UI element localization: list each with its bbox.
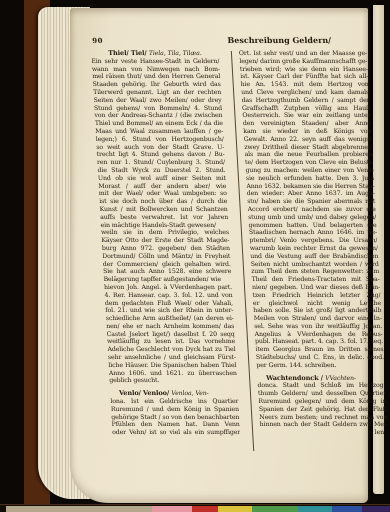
text-line: Graffschafft Zutphen völlig ans Hauß <box>242 105 370 113</box>
text-line: ist. Käyser Carl der Fünffte hat sich al… <box>240 73 368 81</box>
text-line: mit der Wael/ oder Waal umbgeben: so <box>99 190 227 198</box>
text-line: sehr ansehnliche / und gleichsam Fürst- <box>108 354 236 362</box>
text-line: Ruremund / und dem König in Spanien <box>111 406 239 414</box>
entry-heading-wachtendonck-fraktur: Wachtendonck / <box>266 375 323 382</box>
catchword: len. <box>260 429 388 437</box>
text-line: hie An. 1543. mit dem Hertzog von Gülich <box>241 81 369 89</box>
text-line: Seiten der Waal/ zwo Meilen/ oder drey <box>93 97 221 105</box>
venlo-paragraph-start: lona. Ist ein Geldrische ins QuartierRur… <box>110 398 240 437</box>
text-line: als man die neue Feurballen probieren wo… <box>244 151 372 159</box>
text-line: Angelius à VVerdenhagen de Rebus- <box>254 331 382 339</box>
text-line: weitläuffig zu lesen ist. Das vornehme <box>107 338 235 346</box>
text-line: und die Vestung auff der Brabändischen <box>250 253 378 261</box>
text-line: weiln sie in dem Privilegio, welches <box>101 229 229 237</box>
running-header: Beschreibung Geldern/ <box>216 35 343 45</box>
wachtendonck-paragraph: donca. Stadt und Schloß im Hertzog-thumb… <box>257 382 388 429</box>
text-line: trecht ligt 4. Stund gehens davon / Bu- <box>96 151 224 159</box>
text-line: sto/ haben sie die Spanier abermals mit <box>247 198 375 206</box>
text-line: Thiel und Bommel/ an einem Eck / da die <box>95 120 223 128</box>
text-line: stung umb und umb/ und dabey gelegen/ ei… <box>248 214 376 222</box>
page-number: 90 <box>92 36 103 45</box>
text-line: lona. Ist ein Geldrische ins Quartier <box>110 398 238 406</box>
entry-heading-thiel: Thiel/ Tiel/ Tiela, Tila, Tilæa. <box>91 50 219 58</box>
text-line: sie neulich erfunden hatte. Den 3. Juni <box>246 175 374 183</box>
text-line: Dortmund/ Cölln und Mäntz/ in Freyheit <box>102 253 230 261</box>
text-line: Maas und Waal zusammen lauffen / ge- <box>95 128 223 136</box>
text-line: item Georgius Braun im Dritten seines <box>255 346 383 354</box>
text-line: Neers zum besten; und rechnet man von <box>259 414 387 422</box>
entry-heading-thiel-latin: Tiela, Tila, Tilæa. <box>149 50 202 57</box>
colorbar-segment-violet <box>362 506 390 512</box>
text-line: haben solle. Sie ist groß/ ligt andertha… <box>253 307 381 315</box>
text-line: Pfühlen den Namen hat. Dann Venn <box>112 421 240 429</box>
text-line: Spanien der Zeit gehörig. Hat den Fluß <box>259 406 387 414</box>
text-line: gung zu machen: weilen einer von Venlo <box>245 167 373 175</box>
text-line: Anno 1606. und 1621. zu überraschen ver- <box>109 370 237 378</box>
text-line: geblich gesucht. <box>109 377 237 385</box>
colorbar-segment-blue <box>332 506 362 512</box>
text-line: thumb Geldern/ und desselben Quartier <box>258 390 386 398</box>
text-line: dem gedachten Fluß Wael/ oder Vahali, <box>105 300 233 308</box>
text-line: das Hertzogthumb Geldern / sampt der <box>241 97 369 105</box>
text-line: Theil den Friedens-Tractaten mit Spa- <box>251 276 379 284</box>
venlo-paragraph-continued: Ort. Ist sehr vest/ und an der Maasse ge… <box>239 50 385 370</box>
text-line: genommen hatten. Und belagerten die <box>248 222 376 230</box>
text-line: per Germ. 144. schreiben. <box>256 362 384 370</box>
text-line: warumb kein rechter Ernst da gewesen/ <box>250 245 378 253</box>
text-line: Ruremund gelegen/ und dem König in <box>258 398 386 406</box>
text-line: Stund gehens/ von Bommeln/ 4. Stund <box>94 105 222 113</box>
colorbar-segment-red <box>192 506 218 512</box>
text-line: tzen Friedrich Heinrich letzter Zug/ dar… <box>252 292 380 300</box>
text-line: wann man von Nimwegen nach Bom- <box>92 66 220 74</box>
text-line: Städtebuchs/ und C. Ens, in delic. apod. <box>256 354 384 362</box>
text-line: kam sie wieder in deß Königs von Hispani… <box>243 128 371 136</box>
text-line: sel. Sehe was von ihr weitläuffig Johan. <box>254 323 382 331</box>
left-column: Thiel/ Tiel/ Tiela, Tila, Tilæa. Ein seh… <box>91 50 241 437</box>
entry-heading-wachtendonck-latin: VVachten- <box>325 375 356 382</box>
text-line: die Stadt Wyck zu Duerstel 2. Stund. <box>97 167 225 175</box>
text-line: 4. Rer. Hansear. cap. 3. fol. 12. und vo… <box>104 292 232 300</box>
text-line: der Commercien/ gleich gehalten wird. <box>103 261 231 269</box>
entry-heading-thiel-fraktur: Thiel/ Tiel/ <box>108 50 147 57</box>
text-line: hinnen nach der Stadt Geldern zwo Mei- <box>260 421 388 429</box>
text-line: trieben wird; wie sie denn ein Hansee-St… <box>240 66 368 74</box>
text-line: zum Theil dem steten Regenwetter: zum <box>251 268 379 276</box>
text-line: mel räisen thut/ und den Herren General <box>92 73 220 81</box>
thiel-paragraph: Ein sehr veste Hansee-Stadt in Geldern/w… <box>91 58 237 385</box>
right-column: Ort. Ist sehr vest/ und an der Maasse ge… <box>239 50 389 437</box>
text-line: Staaden gehörig. Ihr Geburth wird das <box>93 81 221 89</box>
text-line: Und ob sie wol auff einer Seiten mit <box>98 175 226 183</box>
text-line: schiedliche Arm außtheilet/ (an deren ei… <box>106 315 234 323</box>
text-line: nen/ ehe er nach Arnheim kommen/ das <box>106 323 234 331</box>
text-line: Accord erobert/ nachdem sie zuvor die Ve… <box>248 206 376 214</box>
text-line: burg Anno 972. gegeben/ den Städten <box>102 245 230 253</box>
book-photo: 90 Beschreibung Geldern/ Thiel/ Tiel/ Ti… <box>0 0 390 512</box>
text-line: nien/ gegeben. Und war dieses deß Prin- <box>252 284 380 292</box>
colorbar-segment-green <box>252 506 298 512</box>
text-line: auffs beste verwahret. Ist vor Jahren <box>100 214 228 222</box>
text-line: so weit auch von der Stadt Grave. U- <box>96 144 224 152</box>
text-line: legen;) 6. Stund von Hertzogenbusch/ und <box>96 136 224 144</box>
text-line: Käyser Otto der Erste der Stadt Magde- <box>101 237 229 245</box>
text-line: und Cleve verglichen/ und kam damals <box>241 89 369 97</box>
text-line: Ort. Ist sehr vest/ und an der Maasse ge… <box>239 50 367 58</box>
text-line: zwey Drittheil dieser Stadt abgebrennet/ <box>244 144 372 152</box>
text-line: Morast / auff der andern aber/ wie gesag… <box>98 183 226 191</box>
text-line: liche Häuser. Die Spanischen haben Thiel <box>108 362 236 370</box>
text-line: Anno 1632. bekamen sie die Herren Staa- <box>246 183 374 191</box>
text-line: den wieder: Aber Anno 1637. im Augu- <box>247 190 375 198</box>
entry-heading-venlo-latin: Venloa, Ven- <box>171 390 209 397</box>
text-line: ist sie doch noch über das / durch die <box>99 198 227 206</box>
text-line: ein mächtige Handels-Stadt gewesen/ <box>100 222 228 230</box>
text-line: Oesterreich. Sie war ein zeitlang unter <box>242 112 370 120</box>
entry-heading-venlo: Venlo/ Venloo/ Venloa, Ven- <box>110 390 238 398</box>
entry-heading-wachtendonck: Wachtendonck / VVachten- <box>257 375 385 383</box>
text-line: Staadischen hernach Anno 1646. im Se- <box>249 229 377 237</box>
text-line: von der Andreas-Schantz / (die zwischen <box>94 112 222 120</box>
text-line: Kunst / mit Bollwercken und Schantzen <box>100 206 228 214</box>
text-line: gehörige Stadt / so von den benachbarten <box>111 414 239 422</box>
text-line: ren nur 1. Stund/ Cuylenburg 3. Stund/ <box>97 159 225 167</box>
text-line: er gleichwol nicht wenig Leuthe eingebüß… <box>253 300 381 308</box>
text-line: Belägerung tapffer außgestanden/ wie <box>103 276 231 284</box>
text-line: donca. Stadt und Schloß im Hertzog- <box>257 382 385 390</box>
text-line: Tilerwerd genannt. Ligt an der rechten <box>93 89 221 97</box>
text-line: oder Vehn/ ist so viel als ein sumpffige… <box>112 429 240 437</box>
text-line: fol. 21. und wie sich der Rhein in unter… <box>105 307 233 315</box>
colorbar-segment-teal <box>298 506 332 512</box>
text-line: legen/ darinn große Kauffmannschafft ge- <box>239 58 367 66</box>
text-line: publ. Hanseat. part. 4. cap. 3. fol. 17.… <box>255 338 383 346</box>
text-line: den vereinigten Staaden/ aber Anno 1586. <box>243 120 371 128</box>
text-line: Sie hat auch Anno 1528. eine schwere <box>103 268 231 276</box>
colorbar-segment-gray <box>6 506 152 512</box>
text-line: ptembri/ Venlo vergebens. Die Ursach/ <box>249 237 377 245</box>
printed-text-block: 90 Beschreibung Geldern/ Thiel/ Tiel/ Ti… <box>88 36 390 466</box>
colorbar-segment-yellow <box>218 506 252 512</box>
text-line: Castel Jselort liget/) daselbst f. 20 se… <box>106 331 234 339</box>
entry-heading-venlo-fraktur: Venlo/ Venloo/ <box>119 390 170 397</box>
text-line: te/ dem Hertzogen von Cleve ein Belusti- <box>245 159 373 167</box>
text-line: Gewalt. Anno 22. seyn auff das wenigst <box>244 136 372 144</box>
colorbar-segment-pink <box>152 506 192 512</box>
text-line: hievon Joh. Angel. à VVerdenhagen part. <box>104 284 232 292</box>
text-line: Adeliche Geschlecht von Dyck hat zu Tiel <box>107 346 235 354</box>
text-line: Meilen von Stralen/ und darvor eine In- <box>254 315 382 323</box>
color-calibration-bar <box>0 504 390 512</box>
text-line: Seiten nicht umbschantzt worden / wird <box>251 261 379 269</box>
text-line: Ein sehr veste Hansee-Stadt in Geldern/ <box>91 58 219 66</box>
